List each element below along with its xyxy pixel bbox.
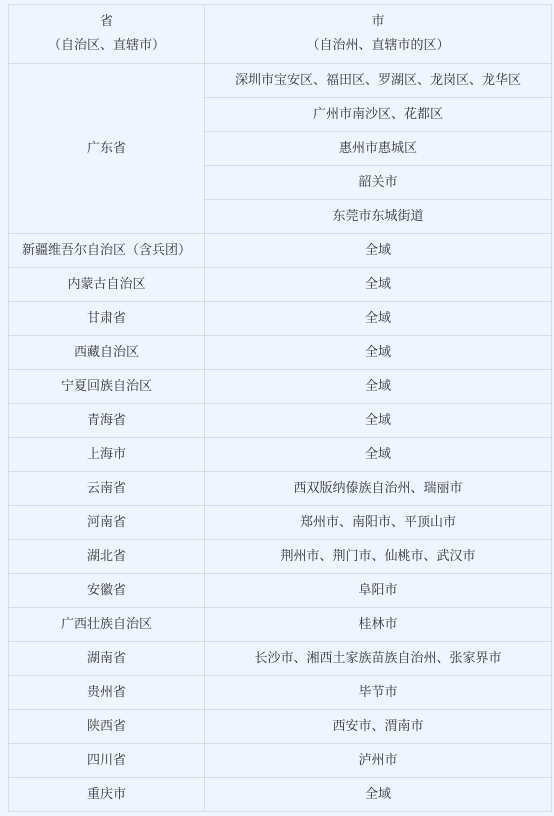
table-row: 云南省 西双版纳傣族自治州、瑞丽市: [9, 472, 552, 506]
city-cell: 长沙市、湘西土家族苗族自治州、张家界市: [205, 642, 552, 676]
table-row: 安徽省 阜阳市: [9, 574, 552, 608]
province-cell: 重庆市: [9, 778, 205, 812]
province-cell: 陕西省: [9, 710, 205, 744]
header-province: 省 （自治区、直辖市）: [9, 5, 205, 64]
city-cell: 广州市南沙区、花都区: [205, 98, 552, 132]
city-cell: 西安市、渭南市: [205, 710, 552, 744]
table-header-row: 省 （自治区、直辖市） 市 （自治州、直辖市的区）: [9, 5, 552, 64]
table-row: 西藏自治区 全域: [9, 336, 552, 370]
province-cell: 宁夏回族自治区: [9, 370, 205, 404]
city-cell: 桂林市: [205, 608, 552, 642]
city-cell: 惠州市惠城区: [205, 132, 552, 166]
province-cell: 贵州省: [9, 676, 205, 710]
table-row: 青海省 全域: [9, 404, 552, 438]
province-cell: 新疆维吾尔自治区（含兵团）: [9, 234, 205, 268]
region-table-container: 省 （自治区、直辖市） 市 （自治州、直辖市的区） 广东省 深圳市宝安区、福田区…: [8, 4, 552, 812]
table-row: 甘肃省 全域: [9, 302, 552, 336]
header-city-title: 市: [209, 10, 547, 34]
city-cell: 全域: [205, 234, 552, 268]
province-cell: 云南省: [9, 472, 205, 506]
city-cell: 毕节市: [205, 676, 552, 710]
province-cell: 湖北省: [9, 540, 205, 574]
city-cell: 全域: [205, 336, 552, 370]
table-row: 上海市 全域: [9, 438, 552, 472]
table-row: 内蒙古自治区 全域: [9, 268, 552, 302]
city-cell: 阜阳市: [205, 574, 552, 608]
table-row: 四川省 泸州市: [9, 744, 552, 778]
province-cell: 甘肃省: [9, 302, 205, 336]
province-cell: 西藏自治区: [9, 336, 205, 370]
table-row: 贵州省 毕节市: [9, 676, 552, 710]
table-row: 陕西省 西安市、渭南市: [9, 710, 552, 744]
table-row: 河南省 郑州市、南阳市、平顶山市: [9, 506, 552, 540]
province-cell: 四川省: [9, 744, 205, 778]
city-cell: 全域: [205, 302, 552, 336]
table-row: 新疆维吾尔自治区（含兵团） 全域: [9, 234, 552, 268]
city-cell: 韶关市: [205, 166, 552, 200]
header-province-subtitle: （自治区、直辖市）: [13, 34, 200, 58]
province-cell: 湖南省: [9, 642, 205, 676]
province-cell: 河南省: [9, 506, 205, 540]
table-row: 湖北省 荆州市、荆门市、仙桃市、武汉市: [9, 540, 552, 574]
city-cell: 东莞市东城街道: [205, 200, 552, 234]
province-cell: 上海市: [9, 438, 205, 472]
city-cell: 全域: [205, 404, 552, 438]
city-cell: 荆州市、荆门市、仙桃市、武汉市: [205, 540, 552, 574]
province-cell: 青海省: [9, 404, 205, 438]
table-row: 宁夏回族自治区 全域: [9, 370, 552, 404]
city-cell: 泸州市: [205, 744, 552, 778]
city-cell: 深圳市宝安区、福田区、罗湖区、龙岗区、龙华区: [205, 64, 552, 98]
table-row: 广西壮族自治区 桂林市: [9, 608, 552, 642]
city-cell: 全域: [205, 268, 552, 302]
header-city: 市 （自治州、直辖市的区）: [205, 5, 552, 64]
table-row: 重庆市 全域: [9, 778, 552, 812]
table-row: 广东省 深圳市宝安区、福田区、罗湖区、龙岗区、龙华区: [9, 64, 552, 98]
province-cell: 广西壮族自治区: [9, 608, 205, 642]
city-cell: 郑州市、南阳市、平顶山市: [205, 506, 552, 540]
city-cell: 全域: [205, 438, 552, 472]
province-cell: 广东省: [9, 64, 205, 234]
city-cell: 全域: [205, 778, 552, 812]
province-cell: 安徽省: [9, 574, 205, 608]
table-row: 湖南省 长沙市、湘西土家族苗族自治州、张家界市: [9, 642, 552, 676]
province-cell: 内蒙古自治区: [9, 268, 205, 302]
header-city-subtitle: （自治州、直辖市的区）: [209, 34, 547, 58]
region-table: 省 （自治区、直辖市） 市 （自治州、直辖市的区） 广东省 深圳市宝安区、福田区…: [8, 4, 552, 812]
city-cell: 全域: [205, 370, 552, 404]
header-province-title: 省: [13, 10, 200, 34]
city-cell: 西双版纳傣族自治州、瑞丽市: [205, 472, 552, 506]
